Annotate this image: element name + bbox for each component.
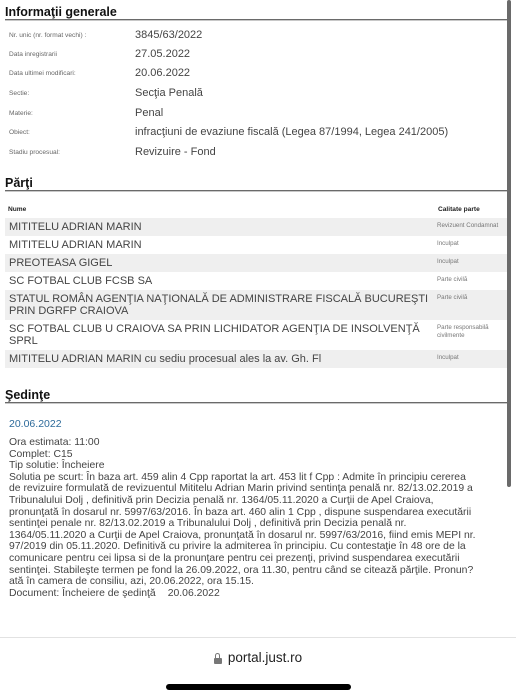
section-divider <box>5 19 508 21</box>
session-date: 20.06.2022 <box>9 418 62 430</box>
session-line: sentinţei. Stabileşte termen pe fond la … <box>9 565 507 577</box>
session-line: de revizuire formulată de revizuentul Mi… <box>9 483 507 495</box>
document-date: 20.06.2022 <box>168 588 220 599</box>
info-row: Materie:Penal <box>0 106 508 125</box>
party-name: SC FOTBAL CLUB U CRAIOVA SA PRIN LICHIDA… <box>9 323 437 347</box>
info-value: Revizuire - Fond <box>135 146 216 158</box>
case-page: Informaţii generale Nr. unic (nr. format… <box>0 0 508 640</box>
party-name: STATUL ROMÂN AGENŢIA NAŢIONALĂ DE ADMINI… <box>9 293 437 317</box>
address-bar[interactable]: portal.just.ro <box>0 650 516 665</box>
info-value: infracţiuni de evaziune fiscală (Legea 8… <box>135 126 448 138</box>
session-line: Ora estimata: 11:00 <box>9 437 507 449</box>
party-role: Inculpat <box>437 353 507 365</box>
table-row: SC FOTBAL CLUB U CRAIOVA SA PRIN LICHIDA… <box>5 320 507 350</box>
party-role: Parte civilă <box>437 293 507 317</box>
party-name: MITITELU ADRIAN MARIN cu sediu procesual… <box>9 353 437 365</box>
session-line: Tribunalului Dolj , definitivă prin Deci… <box>9 495 507 507</box>
party-name: SC FOTBAL CLUB FCSB SA <box>9 275 437 287</box>
session-line: comunicare pentru cei lipsa si de la pro… <box>9 553 507 565</box>
lock-icon <box>214 653 222 663</box>
info-value: 20.06.2022 <box>135 67 190 79</box>
url-text[interactable]: portal.just.ro <box>228 650 302 665</box>
home-indicator[interactable] <box>166 684 351 690</box>
session-details: Ora estimata: 11:00Complet: C15Tip solut… <box>9 437 507 599</box>
session-line: 1364/05.11.2020 a Curţii de Apel Craiova… <box>9 530 507 542</box>
party-role: Parte responsabilă civilmente <box>437 323 507 347</box>
parties-table: MITITELU ADRIAN MARINRevizuent Condamnat… <box>5 218 507 368</box>
info-row: Nr. unic (nr. format vechi) :3845/63/202… <box>0 28 508 47</box>
session-document[interactable]: Document: Încheiere de şedinţă20.06.2022 <box>9 588 507 600</box>
session-line: Solutia pe scurt: În baza art. 459 alin … <box>9 472 507 484</box>
session-line: Tip solutie: Încheiere <box>9 460 507 472</box>
session-line: sentinţei penale nr. 82/13.02.2019 a Tri… <box>9 518 507 530</box>
document-label[interactable]: Document: Încheiere de şedinţă <box>9 588 156 599</box>
session-line: Complet: C15 <box>9 449 507 461</box>
column-header-role: Calitate parte <box>438 206 480 213</box>
info-label: Sectie: <box>9 90 29 97</box>
info-row: Data inregistrarii27.05.2022 <box>0 47 508 66</box>
info-row: Sectie:Secţia Penală <box>0 86 508 105</box>
table-row: PREOTEASA GIGELInculpat <box>5 254 507 272</box>
party-role: Inculpat <box>437 239 507 251</box>
info-label: Nr. unic (nr. format vechi) : <box>9 32 86 39</box>
info-label: Materie: <box>9 110 33 117</box>
browser-bottom-bar: portal.just.ro <box>0 637 516 700</box>
party-name: PREOTEASA GIGEL <box>9 257 437 269</box>
table-row: SC FOTBAL CLUB FCSB SAParte civilă <box>5 272 507 290</box>
section-divider <box>5 402 508 404</box>
scrollbar[interactable] <box>507 0 511 487</box>
table-row: MITITELU ADRIAN MARINInculpat <box>5 236 507 254</box>
info-row: Data ultimei modificari:20.06.2022 <box>0 66 508 85</box>
info-row: Stadiu procesual:Revizuire - Fond <box>0 145 508 164</box>
info-label: Stadiu procesual: <box>9 149 60 156</box>
info-label: Obiect: <box>9 129 30 136</box>
party-role: Inculpat <box>437 257 507 269</box>
session-line: pronunţată în dosarul nr. 5997/63/2016. … <box>9 507 507 519</box>
info-label: Data ultimei modificari: <box>9 70 76 77</box>
party-role: Revizuent Condamnat <box>437 221 507 233</box>
session-line: 97/2019 din 05.11.2020. Definitivă cu pr… <box>9 541 507 553</box>
info-value: 27.05.2022 <box>135 48 190 60</box>
info-value: Penal <box>135 107 163 119</box>
party-name: MITITELU ADRIAN MARIN <box>9 221 437 233</box>
session-line: ată în camera de consiliu, azi, 20.06.20… <box>9 576 507 588</box>
info-label: Data inregistrarii <box>9 51 57 58</box>
section-divider <box>5 190 508 192</box>
party-role: Parte civilă <box>437 275 507 287</box>
party-name: MITITELU ADRIAN MARIN <box>9 239 437 251</box>
table-row: STATUL ROMÂN AGENŢIA NAŢIONALĂ DE ADMINI… <box>5 290 507 320</box>
table-row: MITITELU ADRIAN MARINRevizuent Condamnat <box>5 218 507 236</box>
info-row: Obiect:infracţiuni de evaziune fiscală (… <box>0 125 508 144</box>
info-value: 3845/63/2022 <box>135 29 202 41</box>
column-header-name: Nume <box>8 206 26 213</box>
table-row: MITITELU ADRIAN MARIN cu sediu procesual… <box>5 350 507 368</box>
info-value: Secţia Penală <box>135 87 203 99</box>
